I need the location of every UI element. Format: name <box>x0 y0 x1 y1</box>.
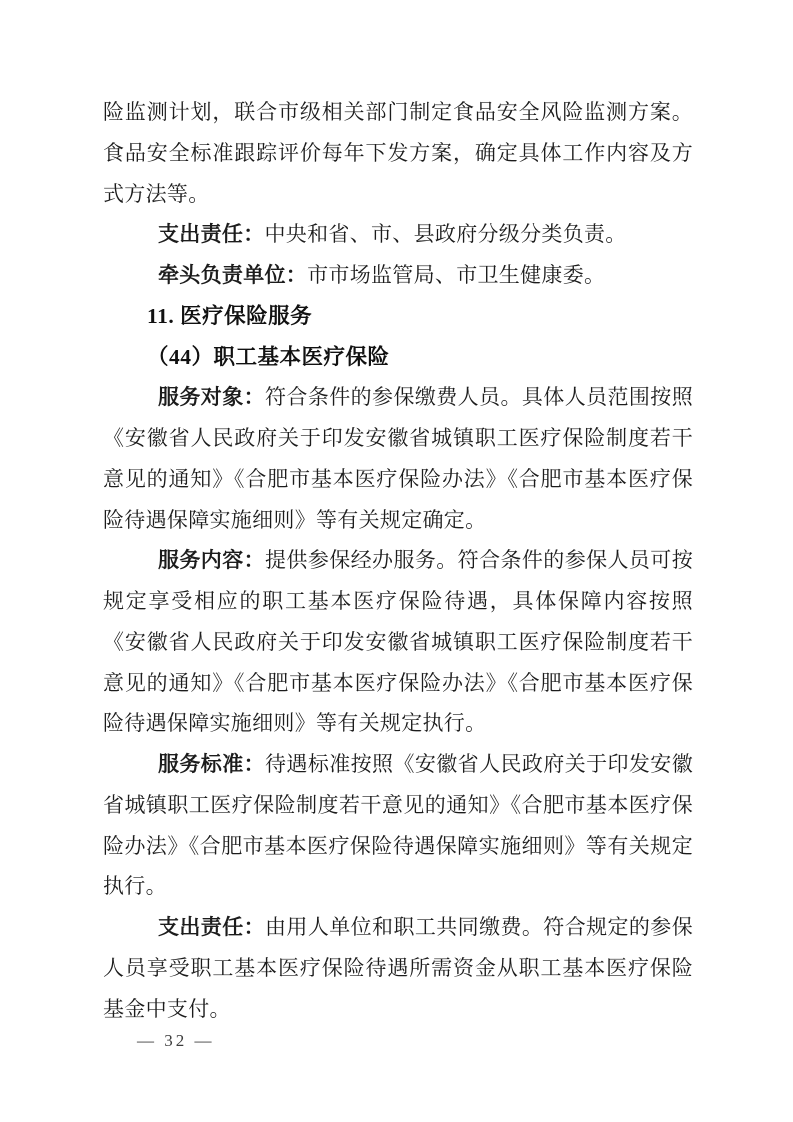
paragraph-expenditure-responsibility-2: 支出责任：由用人单位和职工共同缴费。符合规定的参保人员享受职工基本医疗保险待遇所… <box>103 907 693 1029</box>
paragraph-lead-unit: 牵头负责单位：市市场监管局、市卫生健康委。 <box>103 255 693 296</box>
paragraph-label: 支出责任： <box>158 222 265 246</box>
paragraph-text: 提供参保经办服务。符合条件的参保人员可按规定享受相应的职工基本医疗保险待遇，具体… <box>103 548 693 735</box>
paragraph-expenditure-responsibility-1: 支出责任：中央和省、市、县政府分级分类负责。 <box>103 214 693 255</box>
paragraph-label: 服务标准： <box>158 752 265 776</box>
paragraph-label: 服务对象： <box>158 385 265 409</box>
paragraph-service-content: 服务内容：提供参保经办服务。符合条件的参保人员可按规定享受相应的职工基本医疗保险… <box>103 540 693 744</box>
paragraph-text: 市市场监管局、市卫生健康委。 <box>307 263 605 287</box>
paragraph-label: 牵头负责单位： <box>158 263 307 287</box>
document-body: 险监测计划，联合市级相关部门制定食品安全风险监测方案。食品安全标准跟踪评价每年下… <box>103 92 693 1029</box>
paragraph-text: 险监测计划，联合市级相关部门制定食品安全风险监测方案。食品安全标准跟踪评价每年下… <box>103 100 693 206</box>
paragraph-text: 中央和省、市、县政府分级分类负责。 <box>265 222 627 246</box>
paragraph-food-safety-continuation: 险监测计划，联合市级相关部门制定食品安全风险监测方案。食品安全标准跟踪评价每年下… <box>103 92 693 214</box>
item-heading-employee-basic-medical-insurance: （44）职工基本医疗保险 <box>103 337 693 378</box>
paragraph-label: 服务内容： <box>158 548 265 572</box>
paragraph-label: 支出责任： <box>158 915 265 939</box>
paragraph-service-standard: 服务标准：待遇标准按照《安徽省人民政府关于印发安徽省城镇职工医疗保险制度若干意见… <box>103 744 693 907</box>
page-number: — 32 — <box>137 1030 215 1052</box>
document-page: 险监测计划，联合市级相关部门制定食品安全风险监测方案。食品安全标准跟踪评价每年下… <box>0 0 793 1122</box>
section-heading-medical-insurance: 11. 医疗保险服务 <box>103 296 693 337</box>
paragraph-service-target: 服务对象：符合条件的参保缴费人员。具体人员范围按照《安徽省人民政府关于印发安徽省… <box>103 377 693 540</box>
